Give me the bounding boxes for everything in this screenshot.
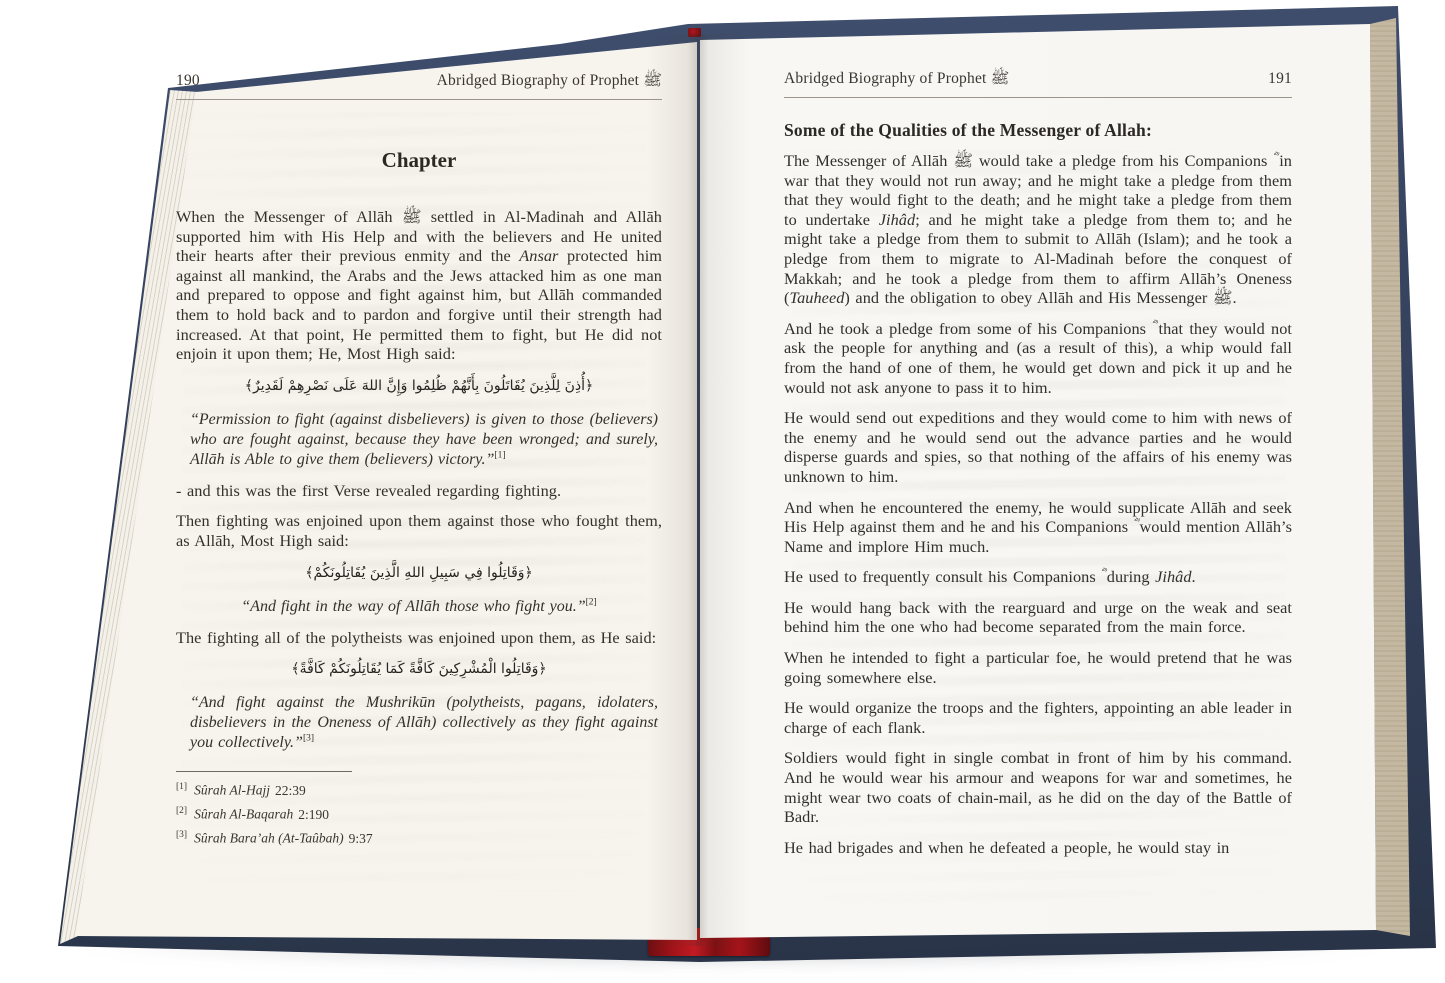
right-paragraph-1: The Messenger of Allāh ﷺ would take a pl… — [784, 151, 1292, 308]
left-paragraph-2: Then fighting was enjoined upon them aga… — [176, 511, 662, 550]
footnote-3-source: Sûrah Bara’ah (At-Taûbah) — [194, 831, 344, 846]
chapter-heading: Chapter — [176, 148, 662, 173]
footnote-rule — [176, 771, 352, 772]
left-paragraph-1: When the Messenger of Allāh ﷺ settled in… — [176, 207, 662, 364]
right-paragraph-2: And he took a pledge from some of his Co… — [784, 319, 1292, 397]
footnote-1: [1]Sûrah Al-Hajj22:39 — [176, 777, 662, 801]
left-page-header: 190 Abridged Biography of Prophet ﷺ — [176, 70, 662, 100]
jihad-italic-2: Jihâd — [1155, 567, 1191, 586]
verse-2-footnote-marker: [2] — [586, 597, 597, 607]
first-verse-note: - and this was the first Verse revealed … — [176, 481, 662, 501]
verse-2-translation-text: “And fight in the way of Allāh those who… — [241, 598, 585, 615]
verse-3-footnote-marker: [3] — [303, 734, 314, 744]
verse-1-translation: “Permission to fight (against disbelieve… — [176, 410, 662, 470]
right-page-content: Abridged Biography of Prophet ﷺ 191 Some… — [784, 68, 1292, 857]
footnote-3-marker: [3] — [176, 830, 187, 840]
verse-2-translation: “And fight in the way of Allāh those who… — [176, 597, 662, 617]
footnote-3-reference: 9:37 — [349, 831, 373, 846]
footnote-1-reference: 22:39 — [275, 783, 306, 798]
verse-1-arabic: ﴿أُذِنَ لِلَّذِينَ يُقَاتَلُونَ بِأَنَّه… — [176, 374, 662, 398]
footnote-2-reference: 2:190 — [298, 807, 329, 822]
footnote-1-marker: [1] — [176, 782, 187, 792]
book-photo: 190 Abridged Biography of Prophet ﷺ Chap… — [0, 0, 1445, 983]
right-paragraph-7: When he intended to fight a particular f… — [784, 648, 1292, 687]
verse-2-arabic: ﴿وَقَاتِلُوا فِي سَبِيلِ اللهِ الَّذِينَ… — [176, 561, 662, 585]
tauheed-italic: Tauheed — [789, 288, 844, 307]
left-paragraph-3: The fighting all of the polytheists was … — [176, 628, 662, 648]
right-page-number: 191 — [1268, 70, 1292, 88]
section-heading: Some of the Qualities of the Messenger o… — [784, 120, 1292, 141]
jihad-italic-1: Jihâd — [879, 210, 915, 229]
footnotes: [1]Sûrah Al-Hajj22:39 [2]Sûrah Al-Baqara… — [176, 777, 662, 849]
verse-1-footnote-marker: [1] — [494, 450, 505, 460]
verse-3-arabic: ﴿وَقَاتِلُوا الْمُشْرِكِينَ كَافَّةً كَم… — [176, 657, 662, 681]
right-paragraph-5-text: He used to frequently consult his Compan… — [784, 567, 1155, 586]
right-paragraph-4: And when he encountered the enemy, he wo… — [784, 498, 1292, 557]
right-paragraph-5: He used to frequently consult his Compan… — [784, 567, 1292, 587]
verse-3-translation: “And fight against the Mushrikūn (polyth… — [176, 693, 662, 753]
right-paragraph-8: He would organize the troops and the fig… — [784, 698, 1292, 737]
right-paragraph-1-end: ) and the obligation to obey Allāh and H… — [844, 288, 1236, 307]
right-paragraph-10: He had brigades and when he defeated a p… — [784, 838, 1292, 858]
ansar-italic: Ansar — [519, 246, 558, 265]
verse-1-translation-text: “Permission to fight (against disbelieve… — [190, 411, 658, 468]
left-running-header: Abridged Biography of Prophet ﷺ — [437, 70, 662, 93]
footnote-2-source: Sûrah Al-Baqarah — [194, 807, 293, 822]
right-paragraph-3: He would send out expeditions and they w… — [784, 408, 1292, 486]
footnote-3: [3]Sûrah Bara’ah (At-Taûbah)9:37 — [176, 825, 662, 849]
left-page-content: 190 Abridged Biography of Prophet ﷺ Chap… — [176, 70, 662, 849]
right-running-header: Abridged Biography of Prophet ﷺ — [784, 68, 1009, 91]
footnote-2-marker: [2] — [176, 806, 187, 816]
right-paragraph-5-end: . — [1192, 567, 1196, 586]
verse-3-translation-text: “And fight against the Mushrikūn (polyth… — [190, 694, 658, 751]
headband — [688, 28, 701, 37]
left-page-number: 190 — [176, 72, 200, 90]
right-page-header: Abridged Biography of Prophet ﷺ 191 — [784, 68, 1292, 98]
footnote-1-source: Sûrah Al-Hajj — [194, 783, 270, 798]
right-paragraph-9: Soldiers would fight in single combat in… — [784, 748, 1292, 826]
footnote-2: [2]Sûrah Al-Baqarah2:190 — [176, 801, 662, 825]
right-paragraph-6: He would hang back with the rearguard an… — [784, 598, 1292, 637]
